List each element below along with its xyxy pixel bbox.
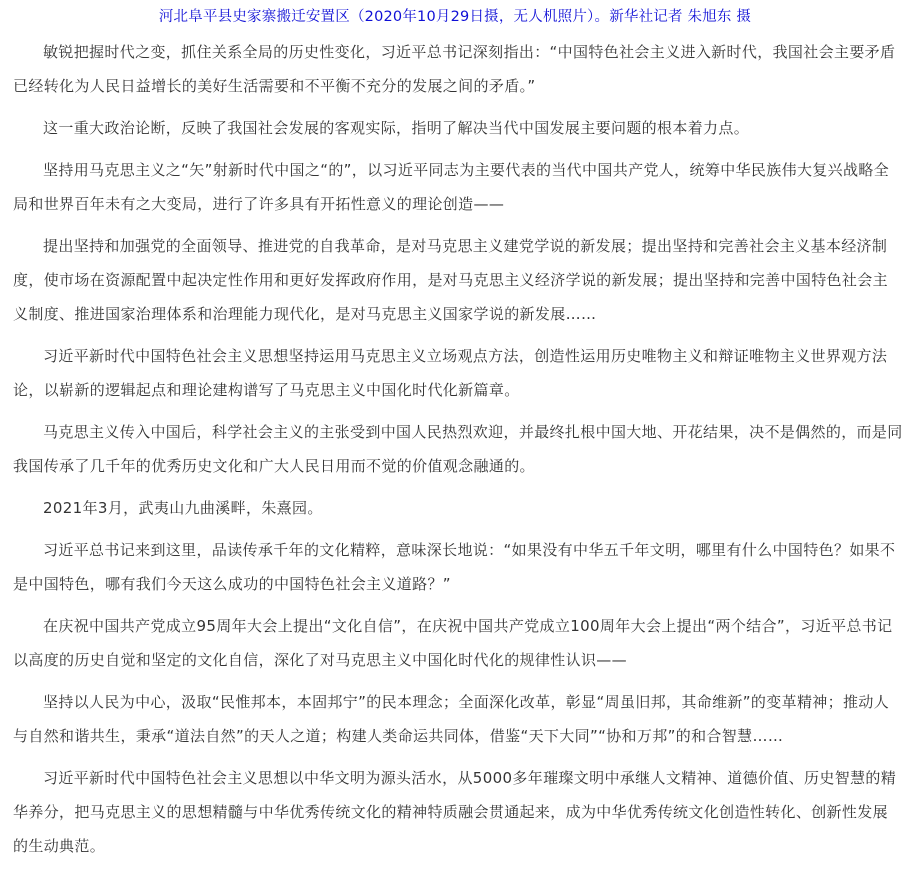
paragraph-5: 习近平新时代中国特色社会主义思想坚持运用马克思主义立场观点方法，创造性运用历史唯… — [13, 339, 903, 407]
paragraph-1: 敏锐把握时代之变，抓住关系全局的历史性变化，习近平总书记深刻指出：“中国特色社会… — [13, 35, 903, 103]
article-body: 河北阜平县史家寨搬迁安置区（2020年10月29日摄，无人机照片）。新华社记者 … — [0, 7, 903, 863]
photo-caption: 河北阜平县史家寨搬迁安置区（2020年10月29日摄，无人机照片）。新华社记者 … — [13, 7, 903, 27]
paragraph-2: 这一重大政治论断，反映了我国社会发展的客观实际，指明了解决当代中国发展主要问题的… — [13, 111, 903, 145]
paragraph-10: 坚持以人民为中心，汲取“民惟邦本，本固邦宁”的民本理念；全面深化改革，彰显“周虽… — [13, 685, 903, 753]
paragraph-7: 2021年3月，武夷山九曲溪畔，朱熹园。 — [13, 491, 903, 525]
paragraph-6: 马克思主义传入中国后，科学社会主义的主张受到中国人民热烈欢迎，并最终扎根中国大地… — [13, 415, 903, 483]
paragraph-8: 习近平总书记来到这里，品读传承千年的文化精粹，意味深长地说：“如果没有中华五千年… — [13, 533, 903, 601]
paragraph-11: 习近平新时代中国特色社会主义思想以中华文明为源头活水，从5000多年璀璨文明中承… — [13, 761, 903, 863]
paragraph-4: 提出坚持和加强党的全面领导、推进党的自我革命，是对马克思主义建党学说的新发展；提… — [13, 229, 903, 331]
paragraph-3: 坚持用马克思主义之“矢”射新时代中国之“的”，以习近平同志为主要代表的当代中国共… — [13, 153, 903, 221]
paragraph-9: 在庆祝中国共产党成立95周年大会上提出“文化自信”，在庆祝中国共产党成立100周… — [13, 609, 903, 677]
